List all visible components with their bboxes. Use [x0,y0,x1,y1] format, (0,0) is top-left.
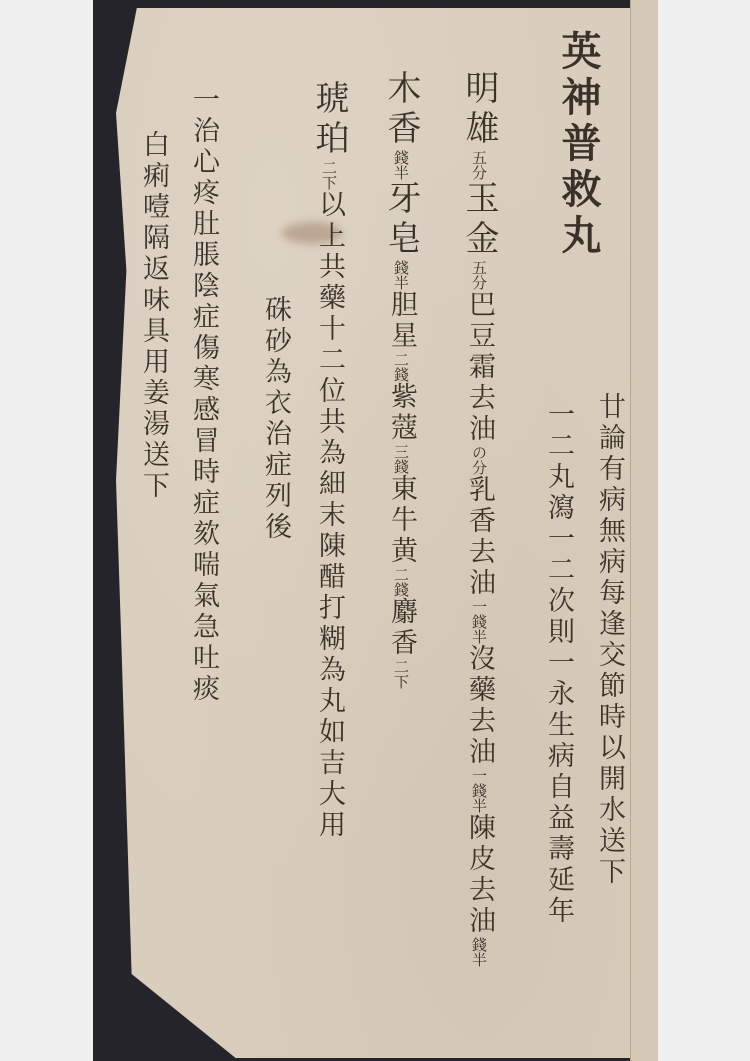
ingredient-qty: 五分 [470,260,488,290]
ingredient-qty: の分 [470,445,488,475]
instruction-text-1: 廿論有病無病每逢交節時以開水送下 [594,392,625,888]
binding-spine [630,0,658,1061]
ingredient-qty: 錢半 [392,260,410,290]
indications-column-1: 一治心疼肚脹陰症傷寒感冒時症欬喘氣急吐痰 [190,85,217,705]
ingredient-name: 陳皮去油 [464,813,495,937]
indications-text-2: 白痢噎隔返味具用姜湯送下 [138,130,169,502]
ingredient-name: 東牛黄 [386,474,417,567]
ingredient-column-2: 木香錢半牙皂錢半胆星二錢紫蔻三錢東牛黄二錢麝香二下 [384,70,418,689]
ingredient-qty: 一錢半 [470,599,488,644]
ingredient-name: 沒藥去油 [464,644,495,768]
ingredient-qty: 錢半 [392,150,410,180]
indications-text-1: 一治心疼肚脹陰症傷寒感冒時症欬喘氣急吐痰 [188,85,219,705]
ingredient-qty: 二錢 [392,567,410,597]
instruction-column-1: 廿論有病無病每逢交節時以開水送下 [596,392,623,888]
coating-column: 硃砂為衣治症列後 [262,295,289,543]
ingredient-name: 木香 [381,70,421,150]
preparation-column: 琥珀二下以上共藥十二位共為細末陳醋打糊為丸如吉大用 [312,80,346,841]
ingredient-name: 牙皂 [381,180,421,260]
ingredient-qty: 二下 [320,160,338,190]
ingredient-name: 玉金 [459,180,499,260]
ingredient-qty: 五分 [470,150,488,180]
ingredient-name: 麝香 [386,597,417,659]
ingredient-column-1: 明雄五分玉金五分巴豆霜去油の分乳香去油一錢半沒藥去油一錢半陳皮去油錢半 [462,70,496,967]
recipe-title: 英神普救丸 [555,30,602,260]
instruction-text-2: 一二丸瀉一二次則一永生病自益壽延年 [543,400,574,927]
ingredient-name: 琥珀 [309,80,349,160]
ingredient-qty: 錢半 [470,937,488,967]
ingredient-qty: 一錢半 [470,768,488,813]
ingredient-name: 巴豆霜去油 [464,290,495,445]
instruction-column-2: 一二丸瀉一二次則一永生病自益壽延年 [545,400,572,927]
ingredient-qty: 二下 [392,659,410,689]
ingredient-name: 紫蔻 [386,382,417,444]
title-column: 英神普救丸 [558,30,598,260]
coating-text: 硃砂為衣治症列後 [260,295,291,543]
ingredient-name: 胆星 [386,290,417,352]
indications-column-2: 白痢噎隔返味具用姜湯送下 [140,130,167,502]
ingredient-qty: 二錢 [392,352,410,382]
preparation-text: 以上共藥十二位共為細末陳醋打糊為丸如吉大用 [314,190,345,841]
ingredient-name: 明雄 [459,70,499,150]
ingredient-name: 乳香去油 [464,475,495,599]
ingredient-qty: 三錢 [392,444,410,474]
